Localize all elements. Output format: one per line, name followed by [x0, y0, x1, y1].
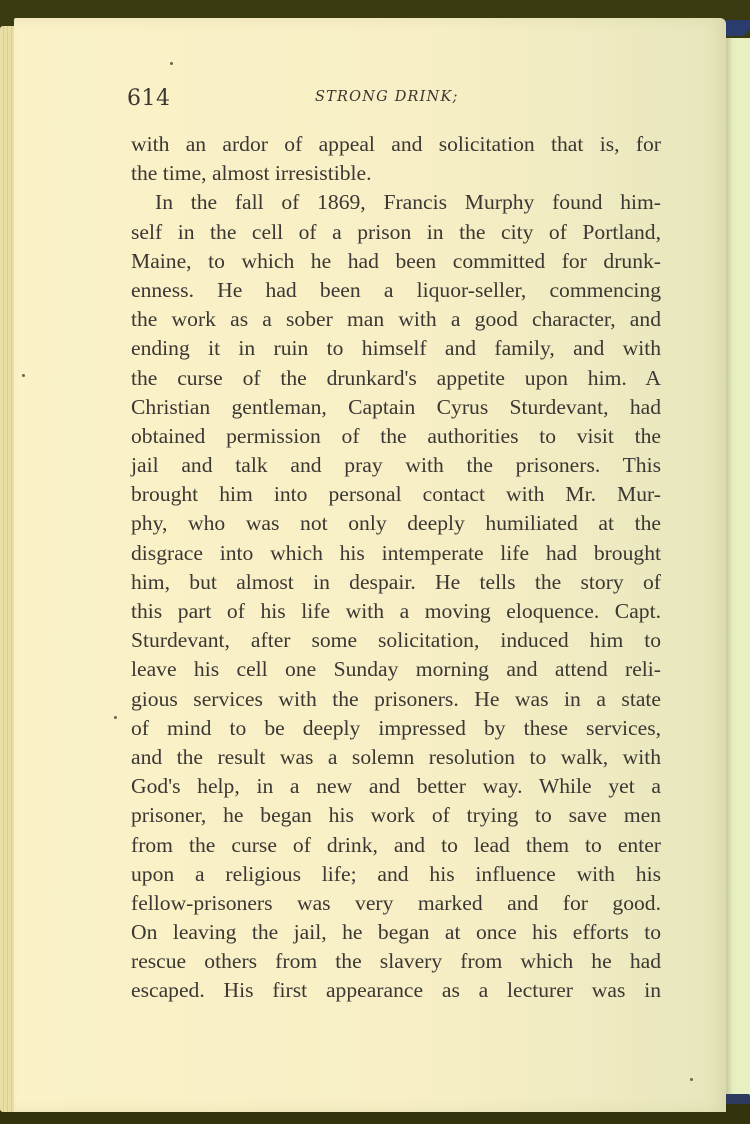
text-line: enness. He had been a liquor-seller, com…: [131, 276, 661, 305]
text-line: leave his cell one Sunday morning and at…: [131, 655, 661, 684]
paper-speck: [114, 716, 117, 719]
text-line: the work as a sober man with a good char…: [131, 305, 661, 334]
text-line: escaped. His first appearance as a lectu…: [131, 976, 661, 1005]
text-line: the time, almost irresistible.: [131, 159, 661, 188]
text-line: God's help, in a new and better way. Whi…: [131, 772, 661, 801]
text-line: obtained permission of the authorities t…: [131, 422, 661, 451]
text-line: and the result was a solemn resolution t…: [131, 743, 661, 772]
text-line: jail and talk and pray with the prisoner…: [131, 451, 661, 480]
text-line: rescue others from the slavery from whic…: [131, 947, 661, 976]
text-line: Christian gentleman, Captain Cyrus Sturd…: [131, 393, 661, 422]
text-line: upon a religious life; and his influence…: [131, 860, 661, 889]
text-line: this part of his life with a moving eloq…: [131, 597, 661, 626]
text-line: gious services with the prisoners. He wa…: [131, 685, 661, 714]
text-line: fellow-prisoners was very marked and for…: [131, 889, 661, 918]
body-text: with an ardor of appeal and solicitation…: [131, 130, 661, 1006]
paper-speck: [170, 62, 173, 65]
text-line: brought him into personal contact with M…: [131, 480, 661, 509]
text-line: him, but almost in despair. He tells the…: [131, 568, 661, 597]
text-line: from the curse of drink, and to lead the…: [131, 831, 661, 860]
text-line: ending it in ruin to himself and family,…: [131, 334, 661, 363]
text-line: of mind to be deeply impressed by these …: [131, 714, 661, 743]
running-head: 614 STRONG DRINK;: [127, 86, 667, 116]
page-number: 614: [127, 86, 171, 111]
facing-page-edge: [726, 38, 750, 1096]
running-title: STRONG DRINK;: [315, 89, 459, 105]
text-line: with an ardor of appeal and solicitation…: [131, 130, 661, 159]
text-line: the curse of the drunkard's appetite upo…: [131, 364, 661, 393]
paragraph-first-line: In the fall of 1869, Francis Murphy foun…: [131, 188, 661, 217]
text-line: Maine, to which he had been committed fo…: [131, 247, 661, 276]
text-line: On leaving the jail, he began at once hi…: [131, 918, 661, 947]
text-line: prisoner, he began his work of trying to…: [131, 801, 661, 830]
text-line: Sturdevant, after some solicitation, ind…: [131, 626, 661, 655]
paper-speck: [22, 374, 25, 377]
paper-speck: [690, 1078, 693, 1081]
text-line: disgrace into which his intemperate life…: [131, 539, 661, 568]
text-line: self in the cell of a prison in the city…: [131, 218, 661, 247]
text-line: phy, who was not only deeply humiliated …: [131, 509, 661, 538]
bookmark-ribbon-bottom: [722, 1094, 750, 1104]
